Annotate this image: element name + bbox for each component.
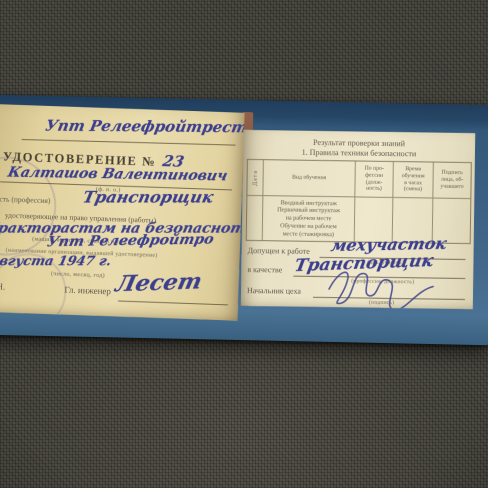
handwritten-date: августа 1947 г.	[0, 254, 113, 269]
results-header-line2: 1. Правила техники безопасности	[243, 147, 475, 159]
handwritten-organization-top: Упт Релеефройтрест	[44, 117, 245, 137]
margin-letter: Н.	[0, 281, 5, 291]
column-header-profession: По про- фессии (долж- ность)	[355, 161, 393, 198]
table-cell-training-types: Вводный инструктаж Первичный инструктаж …	[263, 196, 356, 241]
shop-chief-label: Начальник цеха	[247, 286, 301, 296]
in-capacity-label: в качестве	[247, 265, 282, 274]
right-page: Результат проверки знаний 1. Правила тех…	[241, 130, 475, 309]
shop-chief-signature-scribble	[321, 259, 442, 309]
left-page: Упт Релеефройтрест УДОСТОВЕРЕНИЕ № 23 Ка…	[0, 104, 245, 321]
table-cell-date	[247, 196, 264, 240]
chief-engineer-signature: Лесет	[113, 269, 204, 298]
ruled-line	[118, 301, 228, 306]
photo-of-certificate: Упт Релеефройтрест УДОСТОВЕРЕНИЕ № 23 Ка…	[0, 0, 488, 488]
admitted-to-work-label: Допущен к работе	[248, 246, 310, 256]
chief-engineer-label: Гл. инженер	[64, 285, 111, 297]
ruled-line	[22, 139, 236, 146]
profession-label: ность (профессия)	[0, 194, 51, 205]
handwritten-holder-name: Калташов Валентинович	[6, 165, 229, 185]
column-header-date: Дата	[247, 160, 264, 196]
training-results-table: Дата Вид обучения По про- фессии (долж- …	[246, 159, 472, 244]
column-header-hours: Время обучения в часах (смена)	[393, 162, 433, 199]
handwritten-profession: Транспорщик	[81, 188, 215, 207]
date-caption: (число, месяц, год)	[51, 271, 105, 279]
column-header-signature: Подпись лица, об- учавшего	[433, 163, 470, 200]
open-certificate-booklet: Упт Релеефройтрест УДОСТОВЕРЕНИЕ № 23 Ка…	[0, 95, 488, 346]
handwritten-organization: Упт Релеефройтро	[46, 232, 216, 251]
column-header-training-type: Вид обучения	[263, 160, 355, 197]
